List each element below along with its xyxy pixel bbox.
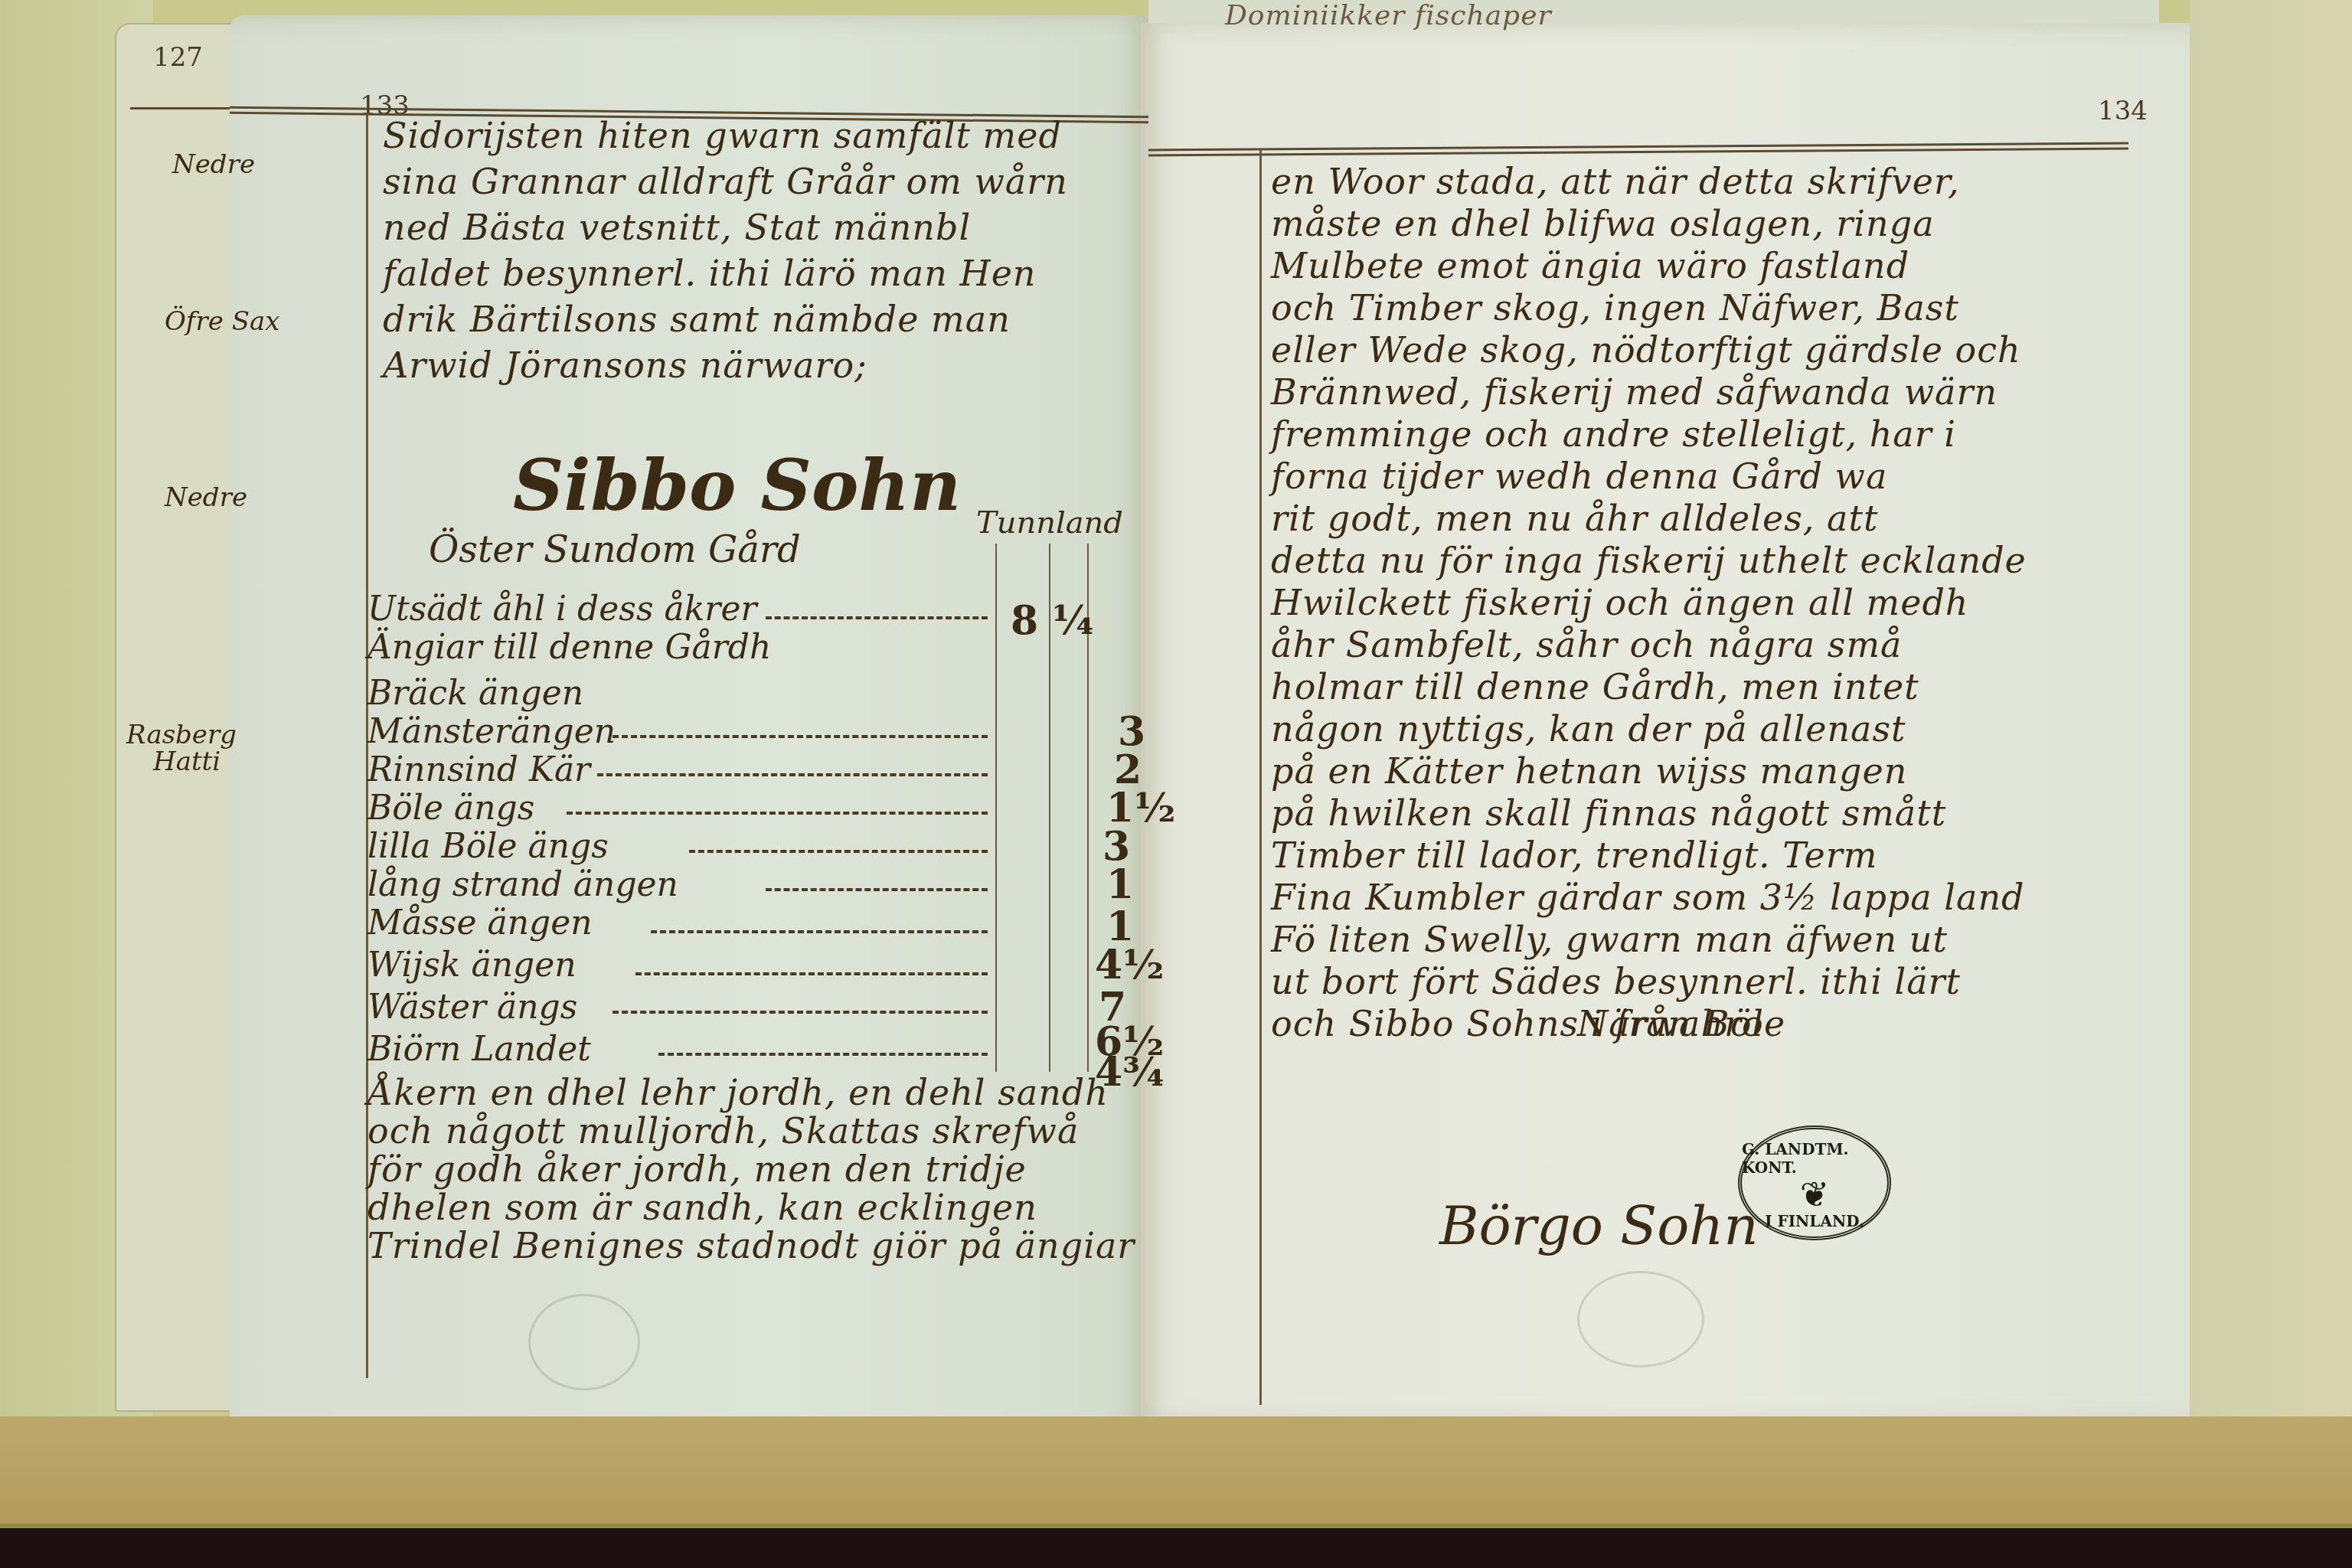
underlying-rule [130,107,230,109]
table-row-label: Mänsterängen [367,712,616,751]
margin-note: Nedre [172,149,255,180]
paragraph-line: detta nu för inga fiskerij uthelt ecklan… [1271,540,2027,581]
paragraph-line: ned Bästa vetsnitt, Stat männbl [383,207,971,248]
paragraph-line: Arwid Jöransons närwaro; [383,345,867,386]
table-row-label: Wäster ängs [367,988,577,1027]
paragraph-line: holmar till denne Gårdh, men intet [1271,666,1919,707]
margin-note: Hatti [153,746,220,777]
right-page-edge [2190,0,2352,1455]
paragraph-line: forna tijder wedh denna Gård wa [1271,456,1887,497]
leader-dots [766,888,988,891]
leader-dots [766,616,988,619]
leader-dots [658,1053,988,1056]
table-row-label: Utsädt åhl i dess åkrer [367,590,756,629]
top-strip-text: Dominiikker fischaper [1225,0,1552,31]
table-row-label: Rinnsind Kär [367,750,590,789]
paragraph-line: Mulbete emot ängia wäro fastland [1271,245,1909,286]
table-row-label: Ängiar till denne Gårdh [367,628,771,667]
paragraph-line: någon nyttigs, kan der på allenast [1271,708,1906,750]
underlying-page-number: 127 [153,42,203,73]
leader-dots [567,812,988,815]
stamp-top-text: G. LANDTM. KONT. [1742,1140,1887,1177]
margin-note: Nedre [165,482,247,513]
paragraph-line: faldet besynnerl. ithi lärö man Hen [383,253,1036,294]
paragraph-line: eller Wede skog, nödtorftigt gärdsle och [1271,329,2021,371]
paragraph-line: drik Bärtilsons samt nämbde man [383,299,1011,340]
section-subtitle: Öster Sundom Gård [429,528,801,571]
leader-dots [612,735,988,738]
leader-dots [612,1011,988,1014]
paragraph-line: ut bort fört Sädes besynnerl. ithi lärt [1271,961,1961,1002]
leader-dots [597,773,988,776]
official-stamp: G. LANDTM. KONT. ❦ I FINLAND. [1738,1125,1891,1240]
paragraph-line: Timber till lador, trendligt. Term [1271,835,1877,876]
leader-dots [635,972,988,975]
paragraph-line: sina Grannar alldraft Gråår om wårn [383,161,1068,202]
table-row-value: 1 [1106,861,1134,908]
table-row-value: 8 ¼ [1011,597,1094,644]
closing-line: för godh åker jordh, men den tridje [367,1148,1027,1190]
paragraph-line: en Woor stada, att när detta skrifver, [1271,161,1960,202]
paragraph-line: Hwilckett fiskerij och ängen all medh [1271,582,1968,623]
table-row-label: Bräck ängen [367,674,583,713]
signature: Börgo Sohn [1439,1194,1759,1257]
closing-line: Åkern en dhel lehr jordh, en dehl sandh [367,1072,1109,1113]
paragraph-line: Närwahro [1577,1003,1764,1044]
bottom-board [0,1416,2352,1531]
right-page-number: 134 [2098,96,2148,126]
closing-line: Trindel Benignes stadnodt giör på ängiar [367,1225,1135,1266]
table-row-label: Biörn Landet [367,1030,591,1069]
leader-dots [651,930,988,933]
paragraph-line: fremminge och andre stelleligt, har i [1271,413,1956,455]
paragraph-line: måste en dhel blifwa oslagen, ringa [1271,203,1935,244]
paragraph-line: Brännwed, fiskerij med såfwanda wärn [1271,371,1998,413]
faint-stamp-impression [1577,1271,1704,1367]
closing-line: och någott mulljordh, Skattas skrefwå [367,1110,1079,1151]
double-headed-eagle-icon: ❦ [1800,1177,1830,1212]
table-row-label: lång strand ängen [367,865,678,904]
table-row-label: lilla Böle ängs [367,827,609,866]
leader-dots [689,850,988,853]
margin-note: Öfre Sax [165,306,279,337]
paragraph-line: Fina Kumbler gärdar som 3½ lappa land [1271,877,2025,918]
paragraph-line: åhr Sambfelt, såhr och några små [1271,624,1903,665]
table-row-label: Böle ängs [367,789,534,828]
faint-stamp-impression [528,1294,640,1390]
stamp-bottom-text: I FINLAND. [1765,1212,1864,1230]
closing-line: dhelen som är sandh, kan ecklingen [367,1187,1037,1228]
paragraph-line: Fö liten Swelly, gwarn man äfwen ut [1271,919,1948,960]
margin-note: Rasberg [126,720,237,750]
table-row-label: Wijsk ängen [367,946,577,985]
paragraph-line: Sidorijsten hiten gwarn samfält med [383,115,1062,156]
table-row-value: 4½ [1095,942,1164,988]
paragraph-line: på hwilken skall finnas någott smått [1271,792,1946,834]
paragraph-line: på en Kätter hetnan wijss mangen [1271,750,1907,792]
section-title: Sibbo Sohn [513,444,961,527]
bottom-bar [0,1524,2352,1568]
table-column-line [995,544,997,1072]
paragraph-line: och Timber skog, ingen Näfwer, Bast [1271,287,1959,328]
table-row-label: Måsse ängen [367,903,593,942]
paragraph-line: rit godt, men nu åhr alldeles, att [1271,498,1878,539]
right-margin-line [1259,149,1262,1405]
column-header: Tunnland [976,505,1123,541]
